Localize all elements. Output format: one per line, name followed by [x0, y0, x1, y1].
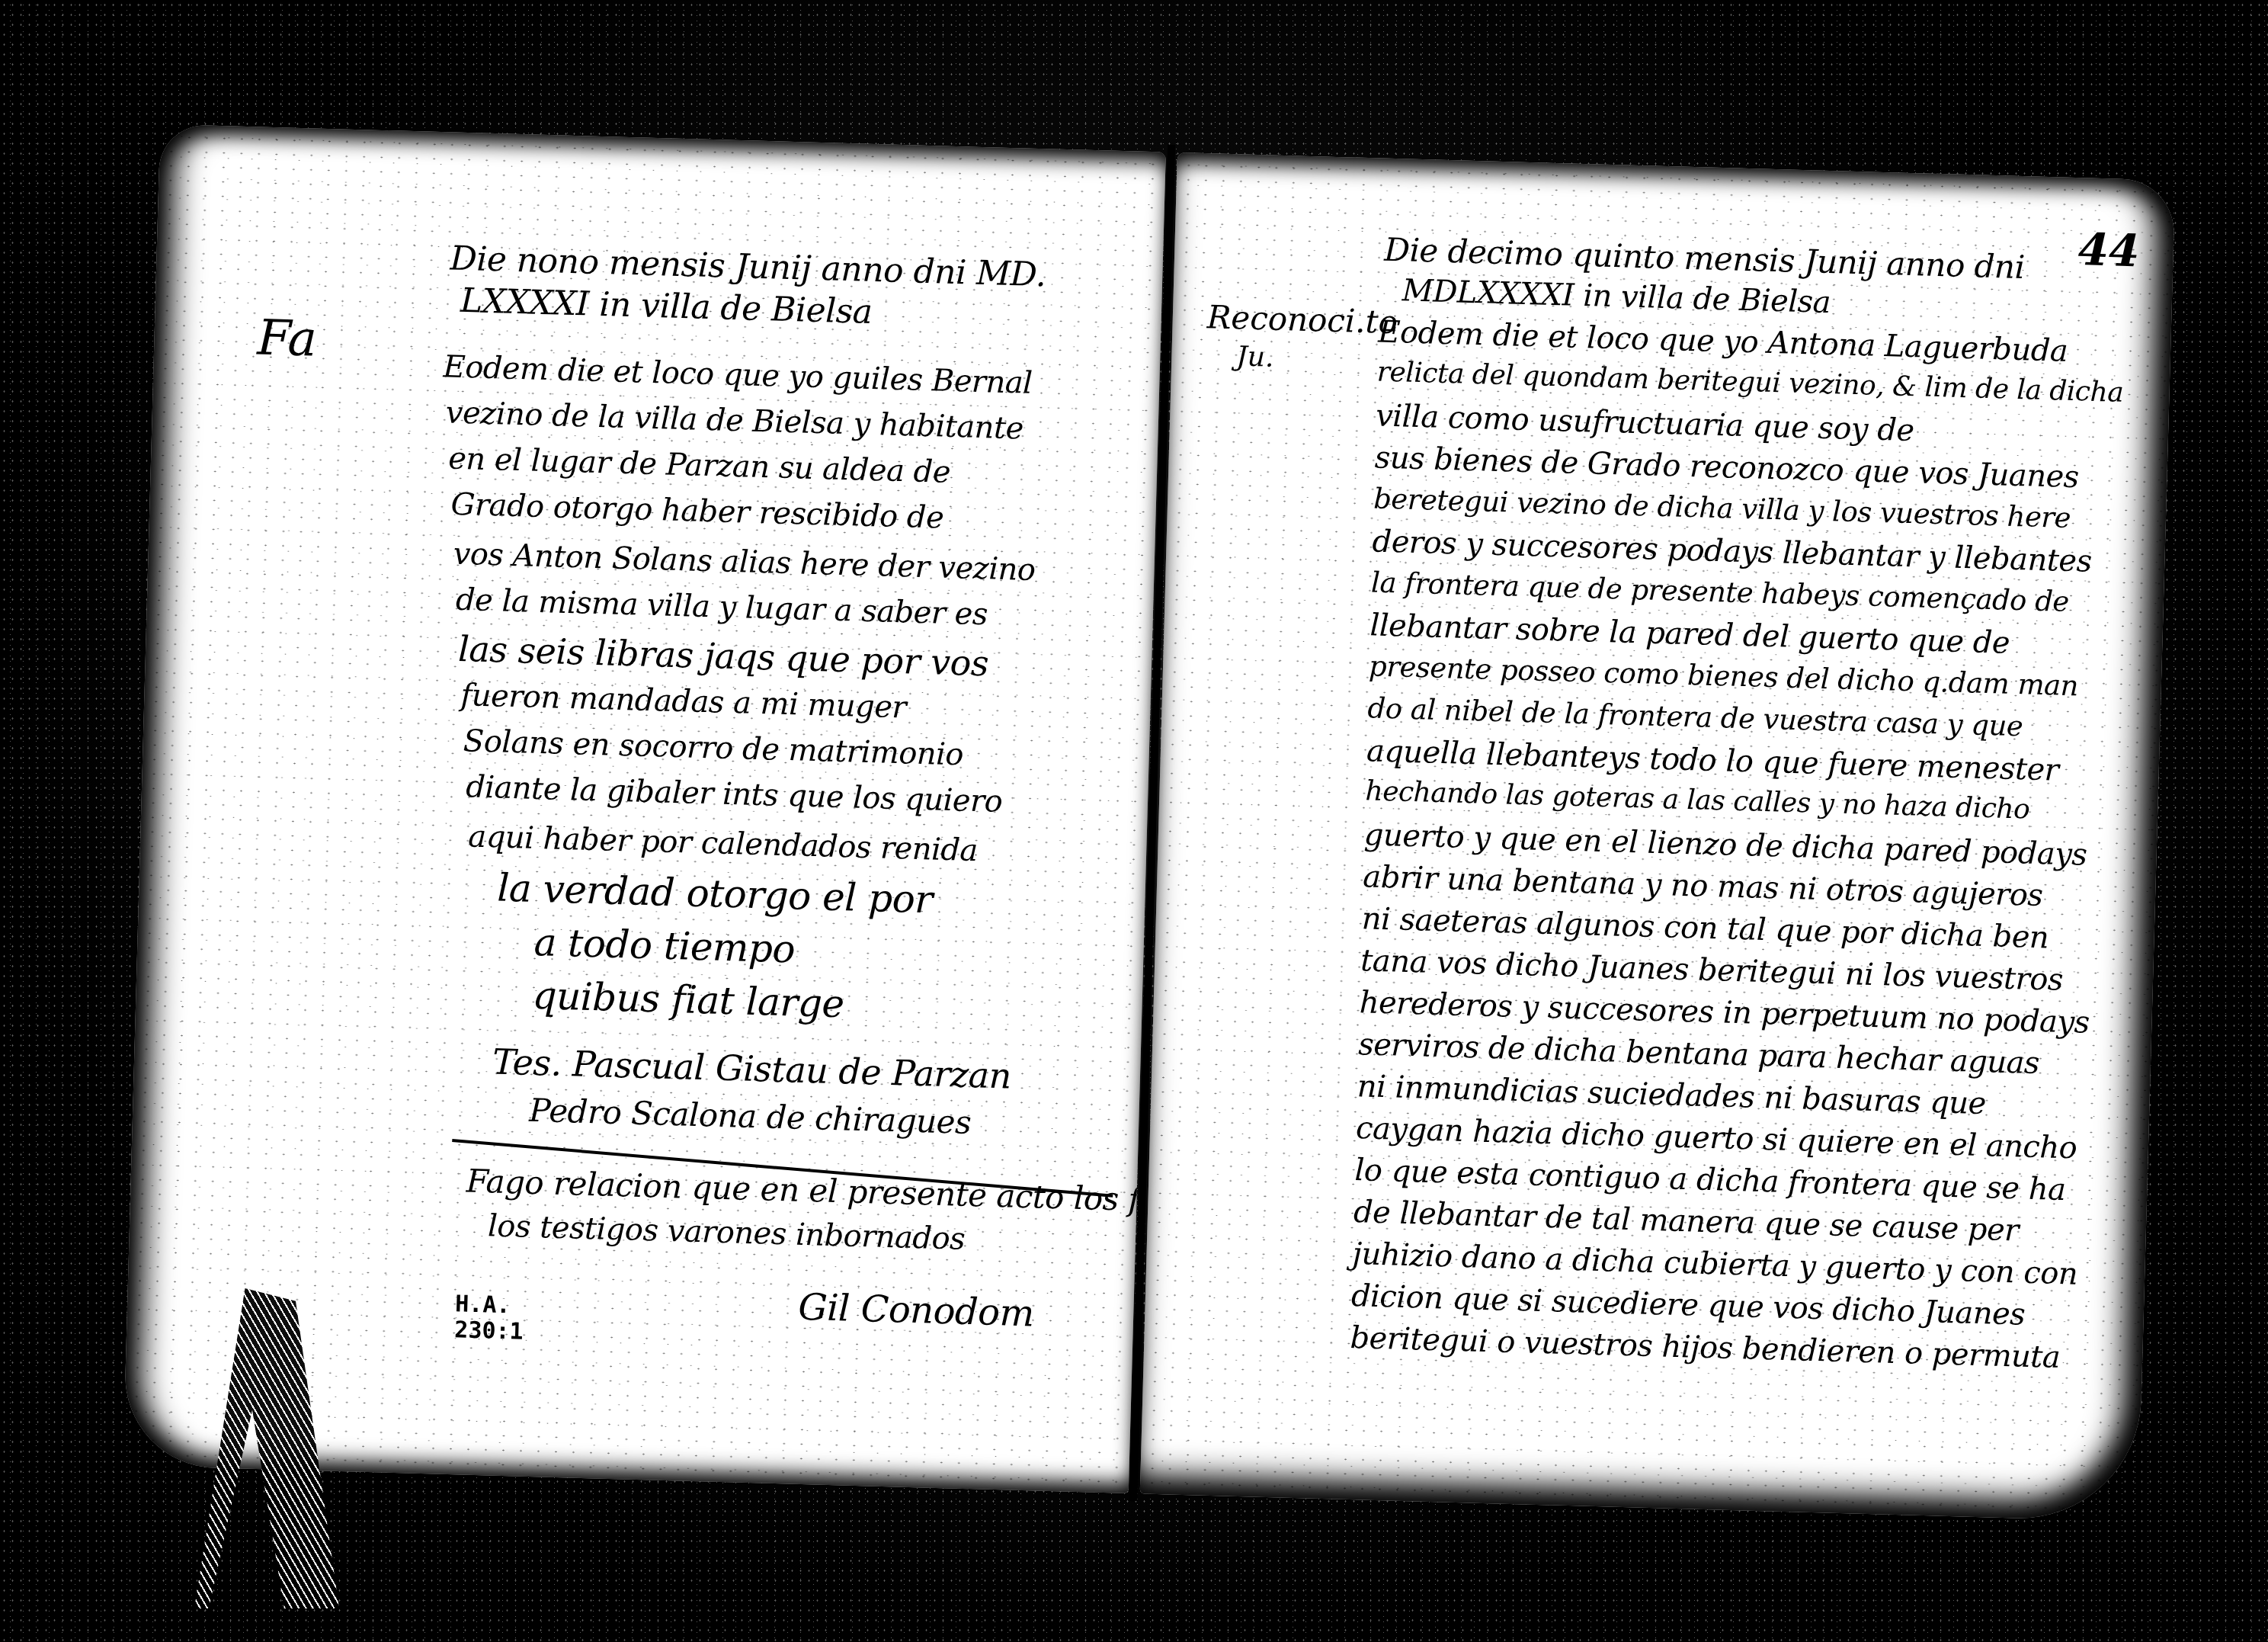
- left-body-line: vos Anton Solans alias here der vezino: [453, 537, 1036, 588]
- left-margin-note: Fa: [257, 309, 318, 367]
- right-body-line: do al nibel de la frontera de vuestra ca…: [1367, 691, 2023, 742]
- closing-line: los testigos varones inbornados: [488, 1208, 966, 1256]
- open-book: Fa Die nono mensis Junij anno dni MD. LX…: [122, 94, 2211, 1568]
- right-header-line: MDLXXXXI in villa de Bielsa: [1401, 273, 1831, 320]
- archive-stamp: H.A. 230:1: [454, 1291, 524, 1345]
- left-body-line: a todo tiempo: [533, 920, 796, 972]
- archive-stamp-line: H.A.: [455, 1291, 524, 1320]
- witness-line: Tes. Pascual Gistau de Parzan: [492, 1041, 1011, 1096]
- right-body-line: villa como usufructuaria que soy de: [1376, 398, 1915, 448]
- folio-number: 44: [2077, 223, 2141, 277]
- left-body-line: vezino de la villa de Bielsa y habitante: [445, 395, 1023, 446]
- left-body-line: las seis libras jaqs que por vos: [458, 628, 989, 684]
- left-body-line: de la misma villa y lugar a saber es: [455, 582, 988, 632]
- left-body-line: la verdad otorgo el por: [497, 866, 934, 922]
- left-body-line: fueron mandadas a mi muger: [460, 678, 907, 725]
- right-margin-note: Ju.: [1236, 341, 1274, 373]
- archive-stamp-line: 230:1: [454, 1317, 524, 1345]
- left-body-line: Eodem die et loco que yo guiles Bernal: [443, 349, 1033, 401]
- witness-line: Pedro Scalona de chiragues: [529, 1092, 972, 1141]
- left-body-line: diante la gibaler ints que los quiero: [466, 769, 1003, 819]
- left-body-line: en el lugar de Parzan su aldea de: [448, 441, 951, 490]
- right-margin-note: Reconoci.to: [1206, 298, 1398, 341]
- left-body-line: Grado otorgo haber rescibido de: [450, 487, 944, 536]
- left-body-line: Solans en socorro de matrimonio: [463, 723, 963, 772]
- right-page: Reconoci.to Ju. 44 Die decimo quinto men…: [1140, 152, 2176, 1522]
- left-body-line: aqui haber por calendados renida: [468, 819, 979, 868]
- left-header-line: LXXXXI in villa de Bielsa: [460, 281, 873, 332]
- left-body-line: quibus fiat large: [532, 973, 845, 1026]
- notary-signature: Gil Conodom: [798, 1286, 1035, 1336]
- left-page: Fa Die nono mensis Junij anno dni MD. LX…: [123, 124, 1166, 1493]
